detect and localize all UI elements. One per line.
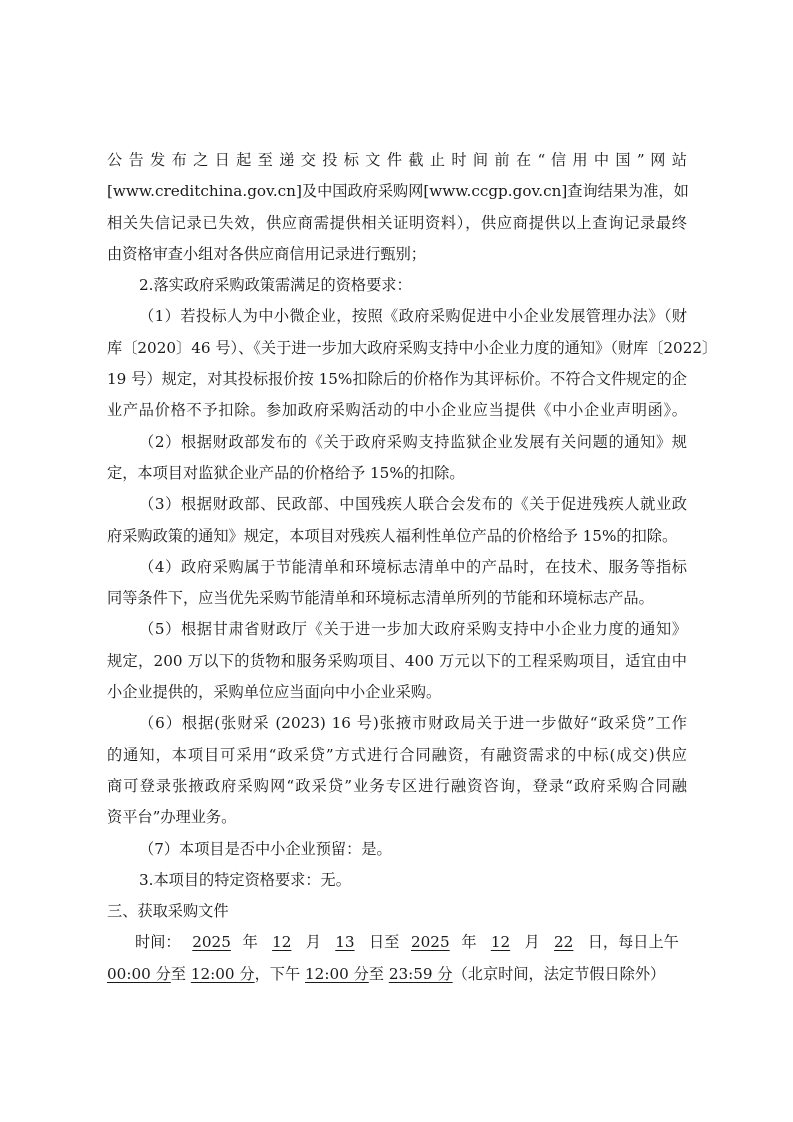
section-heading-obtain-documents: 三、获取采购文件 bbox=[107, 896, 687, 927]
am-start-time: 00:00 分 bbox=[107, 965, 171, 983]
text-line: 的通知，本项目可采用“政采贷”方式进行合同融资，有融资需求的中标(成交)供应 bbox=[107, 740, 687, 771]
paragraph-item-6: （6）根据(张财采 (2023) 16 号)张掖市财政局关于进一步做好“政采贷”… bbox=[107, 708, 687, 833]
text-line: 2.落实政府采购政策需满足的资格要求： bbox=[107, 270, 687, 301]
end-year-value: 2025 bbox=[399, 927, 461, 958]
month-unit: 月 bbox=[306, 933, 321, 951]
pm-label: ，下午 bbox=[255, 965, 301, 983]
daily-hours-line: 00:00 分至 12:00 分，下午 12:00 分至 23:59 分（北京时… bbox=[107, 959, 687, 990]
text-line: 业产品价格不予扣除。参加政府采购活动的中小企业应当提供《中小企业声明函》。 bbox=[107, 395, 687, 426]
time-label: 时间： bbox=[135, 933, 181, 951]
paragraph-item-2: （2）根据财政部发布的《关于政府采购支持监狱企业发展有关问题的通知》规 定，本项… bbox=[107, 427, 687, 490]
end-month-value: 12 bbox=[477, 927, 525, 958]
text-line: 资平台”办理业务。 bbox=[107, 802, 687, 833]
text-line: 19 号）规定，对其投标报价按 15%扣除后的价格作为其评标价。不符合文件规定的… bbox=[107, 364, 687, 395]
paragraph-item-4: （4）政府采购属于节能清单和环境标志清单中的产品时，在技术、服务等指标 同等条件… bbox=[107, 552, 687, 615]
am-end-time: 12:00 分 bbox=[191, 965, 255, 983]
year-unit: 年 bbox=[461, 933, 476, 951]
subheading-policy-requirements: 2.落实政府采购政策需满足的资格要求： bbox=[107, 270, 687, 301]
text-line: 公 告 发 布 之 日 起 至 递 交 投 标 文 件 截 止 时 间 前 在 … bbox=[107, 145, 687, 176]
text-line: [www.creditchina.gov.cn]及中国政府采购网[www.ccg… bbox=[107, 176, 687, 207]
day-tail-text: 日，每日上午 bbox=[588, 933, 679, 951]
text-line: 库〔2020〕46 号）、《关于进一步加大政府采购支持中小企业力度的通知》（财库… bbox=[107, 333, 687, 364]
text-line: （4）政府采购属于节能清单和环境标志清单中的产品时，在技术、服务等指标 bbox=[107, 552, 687, 583]
text-line: 府采购政策的通知》规定，本项目对残疾人福利性单位产品的价格给予 15%的扣除。 bbox=[107, 521, 687, 552]
to-text: 至 bbox=[369, 965, 384, 983]
paragraph-item-1: （1）若投标人为中小微企业，按照《政府采购促进中小企业发展管理办法》（财 库〔2… bbox=[107, 301, 687, 426]
paragraph-item-3: （3）根据财政部、民政部、中国残疾人联合会发布的《关于促进残疾人就业政 府采购政… bbox=[107, 489, 687, 552]
subheading-specific-requirements: 3.本项目的特定资格要求：无。 bbox=[107, 865, 687, 896]
end-day-value: 22 bbox=[540, 927, 588, 958]
pm-start-time: 12:00 分 bbox=[305, 965, 369, 983]
text-line: （3）根据财政部、民政部、中国残疾人联合会发布的《关于促进残疾人就业政 bbox=[107, 489, 687, 520]
text-line: （5）根据甘肃省财政厅《关于进一步加大政府采购支持中小企业力度的通知》 bbox=[107, 614, 687, 645]
year-unit: 年 bbox=[243, 933, 258, 951]
month-unit: 月 bbox=[525, 933, 540, 951]
text-line: （6）根据(张财采 (2023) 16 号)张掖市财政局关于进一步做好“政采贷”… bbox=[107, 708, 687, 739]
start-year-value: 2025 bbox=[181, 927, 243, 958]
text-line: 定，本项目对监狱企业产品的价格给予 15%的扣除。 bbox=[107, 458, 687, 489]
pm-end-time: 23:59 分 bbox=[389, 965, 453, 983]
text-line: 相关失信记录已失效，供应商需提供相关证明资料），供应商提供以上查询记录最终 bbox=[107, 208, 687, 239]
document-page: 公 告 发 布 之 日 起 至 递 交 投 标 文 件 截 止 时 间 前 在 … bbox=[107, 145, 687, 990]
text-line: 由资格审查小组对各供应商信用记录进行甄别； bbox=[107, 239, 687, 270]
text-line: 商可登录张掖政府采购网“政采贷”业务专区进行融资咨询，登录“政府采购合同融 bbox=[107, 771, 687, 802]
text-line: （2）根据财政部发布的《关于政府采购支持监狱企业发展有关问题的通知》规 bbox=[107, 427, 687, 458]
text-line: 3.本项目的特定资格要求：无。 bbox=[107, 865, 687, 896]
text-line: 小企业提供的，采购单位应当面向中小企业采购。 bbox=[107, 677, 687, 708]
time-period-line: 时间：2025年12月13日至2025年12月22日，每日上午 bbox=[107, 927, 687, 958]
text-line: 规定，200 万以下的货物和服务采购项目、400 万元以下的工程采购项目，适宜由… bbox=[107, 646, 687, 677]
day-to-text: 日至 bbox=[369, 933, 399, 951]
paragraph-credit-check: 公 告 发 布 之 日 起 至 递 交 投 标 文 件 截 止 时 间 前 在 … bbox=[107, 145, 687, 270]
text-line: （1）若投标人为中小微企业，按照《政府采购促进中小企业发展管理办法》（财 bbox=[107, 301, 687, 332]
time-note: （北京时间，法定节假日除外） bbox=[453, 965, 666, 983]
to-text: 至 bbox=[171, 965, 186, 983]
paragraph-item-5: （5）根据甘肃省财政厅《关于进一步加大政府采购支持中小企业力度的通知》 规定，2… bbox=[107, 614, 687, 708]
text-line: （7）本项目是否中小企业预留：是。 bbox=[107, 834, 687, 865]
start-month-value: 12 bbox=[258, 927, 306, 958]
paragraph-item-7: （7）本项目是否中小企业预留：是。 bbox=[107, 834, 687, 865]
start-day-value: 13 bbox=[321, 927, 369, 958]
text-line: 同等条件下，应当优先采购节能清单和环境标志清单所列的节能和环境标志产品。 bbox=[107, 583, 687, 614]
